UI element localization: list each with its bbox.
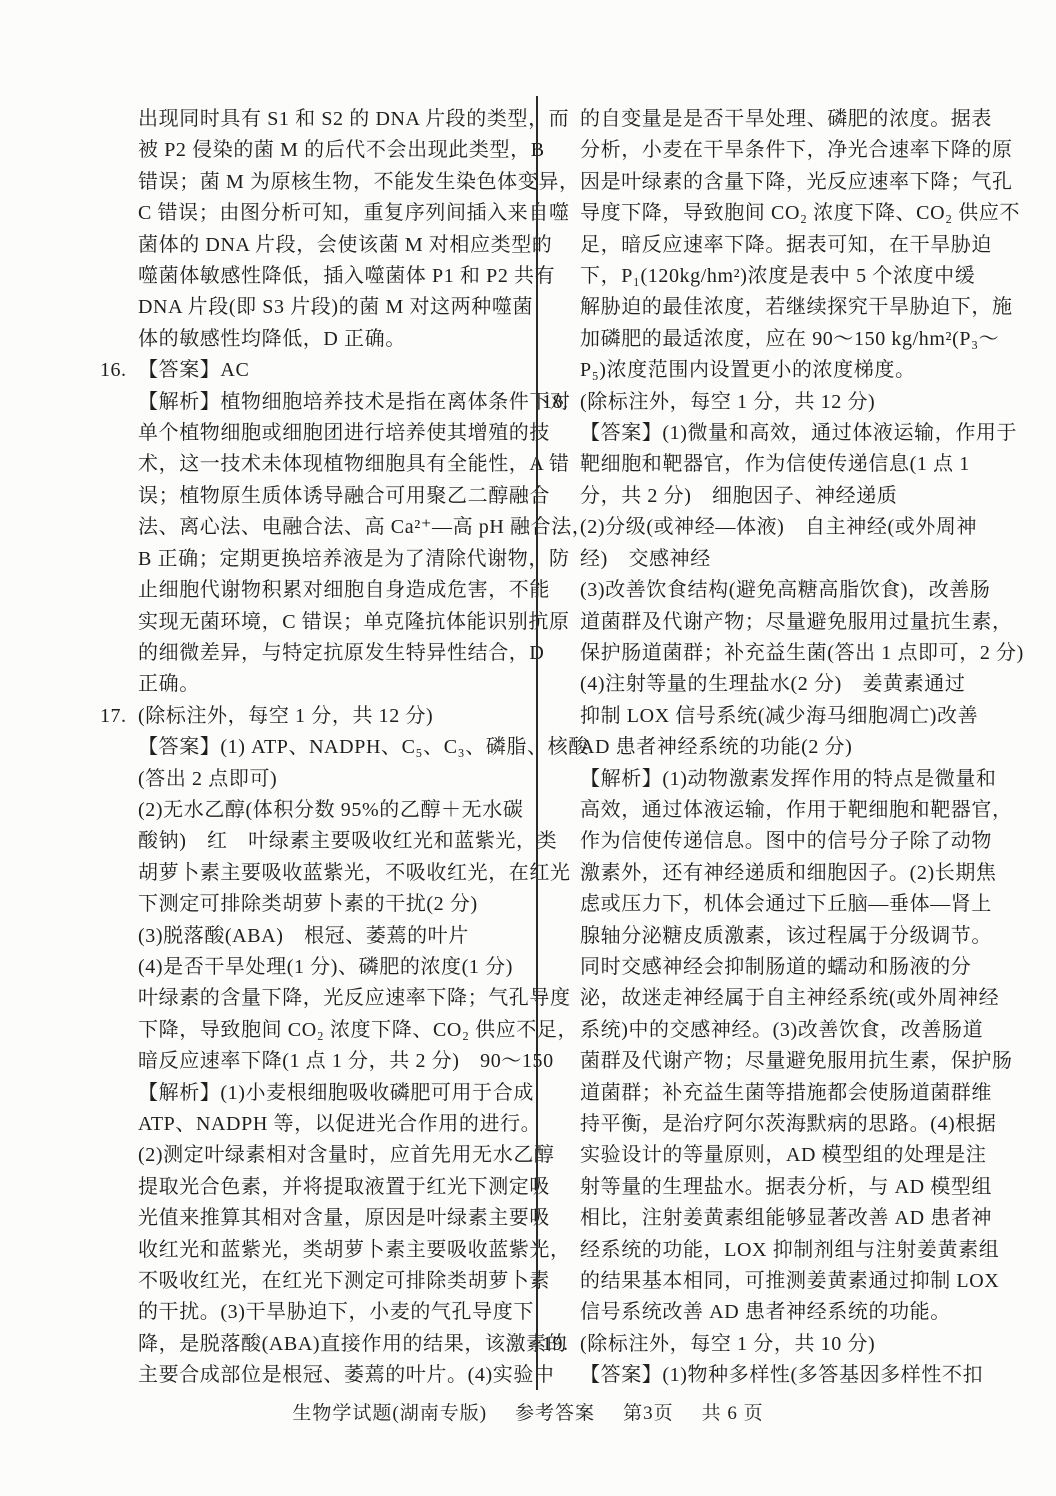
text-line: 下降，导致胞间 CO₂ 浓度下降、CO₂ 供应不足，: [138, 1015, 536, 1046]
item-number: 18.: [542, 387, 580, 418]
text-line: 分，共 2 分) 细胞因子、神经递质: [580, 481, 994, 512]
text-line: 道菌群及代谢产物；尽量避免服用过量抗生素，: [580, 607, 994, 638]
text-line: 出现同时具有 S1 和 S2 的 DNA 片段的类型，而: [138, 104, 536, 135]
text-line: 加磷肥的最适浓度，应在 90～150 kg/hm²(P₃～: [580, 324, 994, 355]
text-line: 术，这一技术未体现植物细胞具有全能性，A 错: [138, 449, 536, 480]
left-column: 出现同时具有 S1 和 S2 的 DNA 片段的类型，而被 P2 侵染的菌 M …: [100, 104, 536, 1392]
text-line: ATP、NADPH 等，以促进光合作用的进行。: [138, 1109, 536, 1140]
text-line: 腺轴分泌糖皮质激素，该过程属于分级调节。: [580, 921, 994, 952]
right-column: 的自变量是是否干旱处理、磷肥的浓度。据表分析，小麦在干旱条件下，净光合速率下降的…: [542, 104, 994, 1392]
text-line: 【答案】(1)微量和高效，通过体液运输，作用于: [580, 418, 994, 449]
text-line: 错误；菌 M 为原核生物，不能发生染色体变异，: [138, 167, 536, 198]
text-line: 解胁迫的最佳浓度，若继续探究干旱胁迫下，施: [580, 292, 994, 323]
text-line: 保护肠道菌群；补充益生菌(答出 1 点即可，2 分): [580, 638, 994, 669]
text-line: (2)分级(或神经—体液) 自主神经(或外周神: [580, 512, 994, 543]
text-line: 误；植物原生质体诱导融合可用聚乙二醇融合: [138, 481, 536, 512]
item-lines: (除标注外，每空 1 分，共 12 分)【答案】(1)微量和高效，通过体液运输，…: [580, 387, 994, 1329]
text-line: 菌体的 DNA 片段，会使该菌 M 对相应类型的: [138, 230, 536, 261]
text-line: (答出 2 点即可): [138, 764, 536, 795]
text-line: 【解析】植物细胞培养技术是指在离体条件下对: [138, 387, 536, 418]
text-line: 单个植物细胞或细胞团进行培养使其增殖的技: [138, 418, 536, 449]
text-line: 下，P₁(120kg/hm²)浓度是表中 5 个浓度中缓: [580, 261, 994, 292]
text-line: 分析，小麦在干旱条件下，净光合速率下降的原: [580, 135, 994, 166]
text-line: (3)脱落酸(ABA) 根冠、萎蔫的叶片: [138, 921, 536, 952]
text-line: 信号系统改善 AD 患者神经系统的功能。: [580, 1297, 994, 1328]
text-line: 同时交感神经会抑制肠道的蠕动和肠液的分: [580, 952, 994, 983]
text-line: (4)注射等量的生理盐水(2 分) 姜黄素通过: [580, 669, 994, 700]
text-line: 主要合成部位是根冠、萎蔫的叶片。(4)实验中: [138, 1360, 536, 1391]
text-line: 射等量的生理盐水。据表分析，与 AD 模型组: [580, 1172, 994, 1203]
text-line: P₅)浓度范围内设置更小的浓度梯度。: [580, 355, 994, 386]
text-line: 相比，注射姜黄素组能够显著改善 AD 患者神: [580, 1203, 994, 1234]
item-lines: 的自变量是是否干旱处理、磷肥的浓度。据表分析，小麦在干旱条件下，净光合速率下降的…: [580, 104, 994, 387]
text-line: 正确。: [138, 669, 536, 700]
text-line: (除标注外，每空 1 分，共 12 分): [580, 387, 994, 418]
column-divider: [536, 96, 538, 1390]
text-line: 暗反应速率下降(1 点 1 分，共 2 分) 90～150: [138, 1046, 536, 1077]
text-line: (4)是否干旱处理(1 分)、磷肥的浓度(1 分): [138, 952, 536, 983]
text-line: 的细微差异，与特定抗原发生特异性结合，D: [138, 638, 536, 669]
answer-item: 出现同时具有 S1 和 S2 的 DNA 片段的类型，而被 P2 侵染的菌 M …: [100, 104, 536, 355]
text-line: 噬菌体敏感性降低，插入噬菌体 P1 和 P2 共有: [138, 261, 536, 292]
text-line: 被 P2 侵染的菌 M 的后代不会出现此类型，B: [138, 135, 536, 166]
text-line: 菌群及代谢产物；尽量避免服用抗生素，保护肠: [580, 1046, 994, 1077]
item-number: 16.: [100, 355, 138, 386]
text-line: 叶绿素的含量下降，光反应速率下降；气孔导度: [138, 983, 536, 1014]
footer-section: 参考答案: [515, 1398, 595, 1425]
text-line: 经系统的功能，LOX 抑制剂组与注射姜黄素组: [580, 1235, 994, 1266]
text-line: 足，暗反应速率下降。据表可知，在干旱胁迫: [580, 230, 994, 261]
footer-total-pages: 共 6 页: [702, 1398, 764, 1425]
item-lines: 【答案】AC【解析】植物细胞培养技术是指在离体条件下对单个植物细胞或细胞团进行培…: [138, 355, 536, 700]
text-line: 光值来推算其相对含量，原因是叶绿素主要吸: [138, 1203, 536, 1234]
item-number: 17.: [100, 701, 138, 732]
text-line: 泌，故迷走神经属于自主神经系统(或外周神经: [580, 983, 994, 1014]
text-line: 体的敏感性均降低，D 正确。: [138, 324, 536, 355]
text-line: 下测定可排除类胡萝卜素的干扰(2 分): [138, 889, 536, 920]
text-line: 【答案】AC: [138, 355, 536, 386]
text-line: 降，是脱落酸(ABA)直接作用的结果，该激素的: [138, 1329, 536, 1360]
text-line: 高效，通过体液运输，作用于靶细胞和靶器官，: [580, 795, 994, 826]
item-lines: (除标注外，每空 1 分，共 10 分)【答案】(1)物种多样性(多答基因多样性…: [580, 1329, 994, 1392]
text-line: 不吸收红光，在红光下测定可排除类胡萝卜素: [138, 1266, 536, 1297]
text-line: C 错误；由图分析可知，重复序列间插入来自噬: [138, 198, 536, 229]
text-line: 【答案】(1)物种多样性(多答基因多样性不扣: [580, 1360, 994, 1391]
text-line: 系统)中的交感神经。(3)改善饮食，改善肠道: [580, 1015, 994, 1046]
text-line: 靶细胞和靶器官，作为信使传递信息(1 点 1: [580, 449, 994, 480]
text-line: 酸钠) 红 叶绿素主要吸收红光和蓝紫光，类: [138, 826, 536, 857]
item-lines: 出现同时具有 S1 和 S2 的 DNA 片段的类型，而被 P2 侵染的菌 M …: [138, 104, 536, 355]
text-line: 实现无菌环境，C 错误；单克隆抗体能识别抗原: [138, 607, 536, 638]
text-line: (除标注外，每空 1 分，共 12 分): [138, 701, 536, 732]
item-lines: (除标注外，每空 1 分，共 12 分)【答案】(1) ATP、NADPH、C₅…: [138, 701, 536, 1392]
text-line: 收红光和蓝紫光，类胡萝卜素主要吸收蓝紫光，: [138, 1235, 536, 1266]
text-line: 作为信使传递信息。图中的信号分子除了动物: [580, 826, 994, 857]
text-line: 抑制 LOX 信号系统(减少海马细胞凋亡)改善: [580, 701, 994, 732]
item-number: 19.: [542, 1329, 580, 1360]
text-line: (2)测定叶绿素相对含量时，应首先用无水乙醇: [138, 1140, 536, 1171]
answer-item: 16.【答案】AC【解析】植物细胞培养技术是指在离体条件下对单个植物细胞或细胞团…: [100, 355, 536, 700]
text-line: 【解析】(1)小麦根细胞吸收磷肥可用于合成: [138, 1078, 536, 1109]
text-line: 实验设计的等量原则，AD 模型组的处理是注: [580, 1140, 994, 1171]
page-footer: 生物学试题(湖南专版) 参考答案 第3页 共 6 页: [0, 1398, 1056, 1425]
text-line: 虑或压力下，机体会通过下丘脑—垂体—肾上: [580, 889, 994, 920]
text-line: 提取光合色素，并将提取液置于红光下测定吸: [138, 1172, 536, 1203]
text-line: 激素外，还有神经递质和细胞因子。(2)长期焦: [580, 858, 994, 889]
text-line: 的结果基本相同，可推测姜黄素通过抑制 LOX: [580, 1266, 994, 1297]
text-line: 持平衡，是治疗阿尔茨海默病的思路。(4)根据: [580, 1109, 994, 1140]
text-line: 的自变量是是否干旱处理、磷肥的浓度。据表: [580, 104, 994, 135]
footer-page-number: 第3页: [623, 1398, 674, 1425]
footer-title: 生物学试题(湖南专版): [292, 1398, 487, 1425]
answer-item: 17.(除标注外，每空 1 分，共 12 分)【答案】(1) ATP、NADPH…: [100, 701, 536, 1392]
text-line: 经) 交感神经: [580, 544, 994, 575]
text-line: 止细胞代谢物积累对细胞自身造成危害，不能: [138, 575, 536, 606]
text-line: (除标注外，每空 1 分，共 10 分): [580, 1329, 994, 1360]
answer-item: 19.(除标注外，每空 1 分，共 10 分)【答案】(1)物种多样性(多答基因…: [542, 1329, 994, 1392]
text-line: 因是叶绿素的含量下降，光反应速率下降；气孔: [580, 167, 994, 198]
text-line: (2)无水乙醇(体积分数 95%的乙醇＋无水碳: [138, 795, 536, 826]
text-line: AD 患者神经系统的功能(2 分): [580, 732, 994, 763]
answer-item: 的自变量是是否干旱处理、磷肥的浓度。据表分析，小麦在干旱条件下，净光合速率下降的…: [542, 104, 994, 387]
text-line: 道菌群；补充益生菌等措施都会使肠道菌群维: [580, 1078, 994, 1109]
scanned-answer-page: 出现同时具有 S1 和 S2 的 DNA 片段的类型，而被 P2 侵染的菌 M …: [0, 0, 1056, 1496]
text-line: DNA 片段(即 S3 片段)的菌 M 对这两种噬菌: [138, 292, 536, 323]
text-line: B 正确；定期更换培养液是为了清除代谢物，防: [138, 544, 536, 575]
text-line: 【答案】(1) ATP、NADPH、C₅、C₃、磷脂、核酸: [138, 732, 536, 763]
text-line: 的干扰。(3)干旱胁迫下，小麦的气孔导度下: [138, 1297, 536, 1328]
answer-item: 18.(除标注外，每空 1 分，共 12 分)【答案】(1)微量和高效，通过体液…: [542, 387, 994, 1329]
text-line: 【解析】(1)动物激素发挥作用的特点是微量和: [580, 764, 994, 795]
text-line: 导度下降，导致胞间 CO₂ 浓度下降、CO₂ 供应不: [580, 198, 994, 229]
text-line: (3)改善饮食结构(避免高糖高脂饮食)，改善肠: [580, 575, 994, 606]
text-line: 法、离心法、电融合法、高 Ca²⁺—高 pH 融合法，: [138, 512, 536, 543]
text-line: 胡萝卜素主要吸收蓝紫光，不吸收红光，在红光: [138, 858, 536, 889]
